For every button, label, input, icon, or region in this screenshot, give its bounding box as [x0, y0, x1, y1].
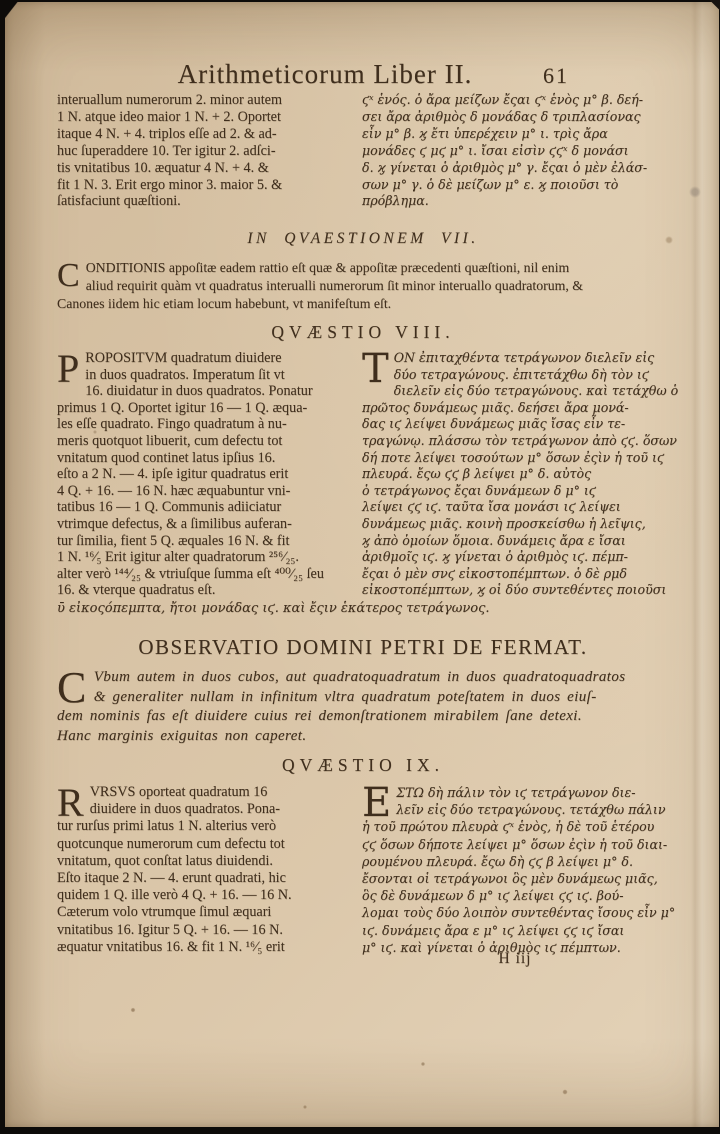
- section-heading-in-quaestionem-vii: IN QVAESTIONEM VII.: [57, 230, 669, 248]
- quaestio8-greek-column: Τ ΟΝ ἐπιταχθέντα τετράγωνον διελεῖν εἰςδ…: [362, 350, 670, 599]
- fermat-observation-lines: Vbum autem in duos cubos, aut quadratoqu…: [57, 668, 671, 746]
- text-line: les eſſe quadrato. Fingo quadratum à nu-: [57, 416, 361, 433]
- text-line: πρῶτος δυνάμεως μιᾶς. δεήσει ἄρα μονά-: [362, 400, 670, 417]
- gathering-signature-mark: H iij: [460, 950, 570, 968]
- text-line: Cæterum volo vtrumque ſimul æquari: [57, 904, 361, 921]
- text-line: 1 N. atque ideo maior 1 N. + 2. Oportet: [57, 109, 360, 126]
- text-line: primus 1 Q. Oportet igitur 16 — 1 Q. æqu…: [57, 400, 361, 417]
- section-heading-observatio-fermat: OBSERVATIO DOMINI PETRI DE FERMAT.: [57, 635, 669, 660]
- text-line: δ. ϗ γίνεται ὁ ἀριθμὸς μ° γ. ἔςαι ὁ μὲν …: [362, 160, 670, 177]
- text-line: διελεῖν εἰς δύο τετραγώνους. καὶ τετάχθω…: [362, 383, 670, 400]
- quaestio8-latin-lines: ROPOSITVM quadratum diuiderein duos quad…: [57, 350, 361, 599]
- text-line: huc ſuperaddere 10. Ter igitur 2. adſci-: [57, 143, 360, 160]
- fermat-observation-paragraph: C Vbum autem in duos cubos, aut quadrato…: [57, 668, 671, 746]
- text-line: ὁ τετράγωνος ἔςαι δυνάμεων δ μ° ιϛ: [362, 483, 670, 500]
- text-line: Canones iidem hic etiam locum habebunt, …: [57, 295, 671, 313]
- text-line: ſatisfaciunt quæſtioni.: [57, 193, 360, 210]
- page-paper: Arithmeticorum Liber II. 61 interuallum …: [5, 2, 719, 1127]
- text-line: fit 1 N. 3. Erit ergo minor 3. maior 5. …: [57, 177, 360, 194]
- text-line: vnitatibus 16. Igitur 5 Q. + 16. — 16 N.: [57, 922, 361, 939]
- quaestio8-overflow-line: ῡ εἰκοςόπεμπτα, ἤτοι μονάδας ιϛ. καὶ ἔςι…: [57, 600, 617, 617]
- text-line: eſto a 2 N. — 4. ipſe igitur quadratus e…: [57, 466, 361, 483]
- text-line: ρουμένου πλευρά. ἔςω δὴ ϛϛ β λείψει μ° δ…: [362, 853, 670, 870]
- text-line: πλευρά. ἔςω ϛϛ β λείψει μ° δ. αὐτὸς: [362, 466, 670, 483]
- text-line: σει ἄρα ἀριθμὸς δ μονάδας δ τριπλασίονας: [362, 109, 670, 126]
- text-line: Eſto itaque 2 N. — 4. erunt quadrati, hi…: [57, 870, 361, 887]
- text-line: ONDITIONIS appoſitæ eadem rattio eſt quæ…: [57, 259, 671, 277]
- quaestio8-latin-column: P ROPOSITVM quadratum diuiderein duos qu…: [57, 350, 361, 599]
- quaestio9-greek-lines: ΣΤΩ δὴ πάλιν τὸν ιϛ τετράγωνον διε-λεῖν …: [362, 784, 670, 956]
- quaestio9-greek-column: Ε ΣΤΩ δὴ πάλιν τὸν ιϛ τετράγωνον διε-λεῖ…: [362, 784, 670, 956]
- running-header-title: Arithmeticorum Liber II.: [135, 59, 515, 90]
- commentary-lines: ONDITIONIS appoſitæ eadem rattio eſt quæ…: [57, 259, 671, 313]
- continuation-latin-column: interuallum numerorum 2. minor autem1 N.…: [57, 92, 360, 210]
- section-heading-quaestio-ix: QVÆSTIO IX.: [57, 755, 669, 776]
- text-line: δας ιϛ λείψει δυνάμεως μιᾶς ἴσας εἶν τε-: [362, 416, 670, 433]
- drop-cap: Ε: [362, 784, 396, 818]
- text-line: 16. & vterque quadratus eſt.: [57, 582, 361, 599]
- drop-cap: R: [57, 784, 90, 818]
- text-line: δυνάμεως μιᾶς. κοινὴ προσκείσθω ἡ λεῖψις…: [362, 516, 670, 533]
- text-line: ὃς δὲ δυνάμεων δ μ° ιϛ λείψει ϛϛ ιϛ. βού…: [362, 887, 670, 904]
- continuation-greek-column: ϛˣ ἑνός. ὁ ἄρα μείζων ἔςαι ϛˣ ἑνὸς μ° β.…: [362, 92, 670, 210]
- text-line: σων μ° γ. ὁ δὲ μείζων μ° ε. ϗ ποιοῦσι τὸ: [362, 177, 670, 194]
- text-line: ἀριθμοῖς ιϛ. ϗ γίνεται ὁ ἀριθμὸς ιϛ. πέμ…: [362, 549, 670, 566]
- text-line: ROPOSITVM quadratum diuidere: [57, 350, 361, 367]
- text-line: & generaliter nullam in infinitum vltra …: [57, 688, 671, 708]
- text-line: VRSVS oporteat quadratum 16: [57, 784, 361, 801]
- drop-cap: C: [57, 259, 86, 295]
- text-line: λεῖν εἰς δύο τετραγώνους. τετάχθω πάλιν: [362, 801, 670, 818]
- text-line: Hanc marginis exiguitas non caperet.: [57, 727, 671, 747]
- text-line: ϛˣ ἑνός. ὁ ἄρα μείζων ἔςαι ϛˣ ἑνὸς μ° β.…: [362, 92, 670, 109]
- text-line: dem nominis fas eſt diuidere cuius rei d…: [57, 707, 671, 727]
- text-line: meris quotquot libuerit, cum defectu tot: [57, 433, 361, 450]
- text-line: λομαι τοὺς δύο λοιπὸν συντεθέντας ἴσους …: [362, 904, 670, 921]
- text-line: 1 N. ¹⁶⁄₅ Erit igitur alter quadratorum …: [57, 549, 361, 566]
- section-heading-quaestio-viii: QVÆSTIO VIII.: [57, 322, 669, 343]
- text-line: ἡ τοῦ πρώτου πλευρὰ ϛˣ ἑνὸς, ἡ δὲ τοῦ ἑτ…: [362, 818, 670, 835]
- drop-cap: P: [57, 350, 85, 384]
- text-line: vnitatum, quot conſtat latus diuidendi.: [57, 853, 361, 870]
- text-line: ΟΝ ἐπιταχθέντα τετράγωνον διελεῖν εἰς: [362, 350, 670, 367]
- text-line: 4 Q. + 16. — 16 N. hæc æquabuntur vni-: [57, 483, 361, 500]
- text-line: εἰκοστοπέμπτων, ϗ οἱ δύο συντεθέντες ποι…: [362, 582, 670, 599]
- quaestio9-latin-lines: VRSVS oporteat quadratum 16diuidere in d…: [57, 784, 361, 956]
- text-line: tatibus 16 — 1 Q. Communis adiiciatur: [57, 499, 361, 516]
- text-line: in duos quadratos. Imperatum ſit vt: [57, 367, 361, 384]
- drop-cap: Τ: [362, 350, 394, 384]
- text-line: τραγώνῳ. πλάσσω τὸν τετράγωνον ἀπὸ ϛϛ. ὅ…: [362, 433, 670, 450]
- text-line: πρόβλημα.: [362, 193, 670, 210]
- text-line: ΣΤΩ δὴ πάλιν τὸν ιϛ τετράγωνον διε-: [362, 784, 670, 801]
- text-line: ϗ ἀπὸ ὁμοίων ὅμοια. δυνάμεις ἄρα ε ἴσαι: [362, 533, 670, 550]
- text-line: δή ποτε λείψει τοσούτων μ° ὅσων ἐςὶν ἡ τ…: [362, 450, 670, 467]
- page-corner-shadow-top-right: [700, 0, 720, 16]
- text-line: æquatur vnitatibus 16. & fit 1 N. ¹⁶⁄₅ e…: [57, 939, 361, 956]
- text-line: 16. diuidatur in duos quadratos. Ponatur: [57, 383, 361, 400]
- page-number: 61: [543, 63, 593, 89]
- text-line: ϛϛ ὅσων δήποτε λείψει μ° ὅσων ἐςὶν ἡ τοῦ…: [362, 836, 670, 853]
- text-line: ιϛ. δυνάμεις ἄρα ε μ° ιϛ λείψει ϛϛ ιϛ ἴσ…: [362, 922, 670, 939]
- book-scan: { "header": { "title": "Arithmeticorum L…: [0, 0, 720, 1134]
- page-corner-shadow-top-left: [0, 0, 28, 34]
- text-line: itaque 4 N. + 4. triplos eſſe ad 2. & ad…: [57, 126, 360, 143]
- text-line: εἶν μ° β. ϗ ἔτι ὑπερέχειν μ° ι. τρὶς ἄρα: [362, 126, 670, 143]
- text-line: alter verò ¹⁴⁴⁄₂₅ & vtriuſque ſumma eſt …: [57, 566, 361, 583]
- text-line: μονάδες ϛ μϛ μ° ι. ἴσαι εἰσὶν ϛϛˣ δ μονά…: [362, 143, 670, 160]
- text-line: ἔςαι ὁ μὲν σνϛ εἰκοστοπέμπτων. ὁ δὲ ρμδ: [362, 566, 670, 583]
- text-line: λείψει ϛϛ ιϛ. ταῦτα ἴσα μονάσι ιϛ λείψει: [362, 499, 670, 516]
- text-line: tis vnitatibus 10. æquatur 4 N. + 4. &: [57, 160, 360, 177]
- quaestio8-greek-lines: ΟΝ ἐπιταχθέντα τετράγωνον διελεῖν εἰςδύο…: [362, 350, 670, 599]
- text-line: vnitatum quod continet latus ipſius 16.: [57, 450, 361, 467]
- text-line: aliud requirit quàm vt quadratus interua…: [57, 277, 671, 295]
- text-line: quotcunque numerorum cum defectu tot: [57, 836, 361, 853]
- text-line: ἔσονται οἱ τετράγωνοι ὃς μὲν δυνάμεως μι…: [362, 870, 670, 887]
- text-line: quidem 1 Q. ille verò 4 Q. + 16. — 16 N.: [57, 887, 361, 904]
- text-line: tur ſimilia, fient 5 Q. æquales 16 N. & …: [57, 533, 361, 550]
- text-line: interuallum numerorum 2. minor autem: [57, 92, 360, 109]
- text-line: diuidere in duos quadratos. Pona-: [57, 801, 361, 818]
- text-line: Vbum autem in duos cubos, aut quadratoqu…: [57, 668, 671, 688]
- text-line: δύο τετραγώνους. ἐπιτετάχθω δὴ τὸν ιϛ: [362, 367, 670, 384]
- quaestio9-latin-column: R VRSVS oporteat quadratum 16diuidere in…: [57, 784, 361, 956]
- text-line: vtrimque defectus, & a ſimilibus auferan…: [57, 516, 361, 533]
- text-line: tur rurſus primi latus 1 N. alterius ver…: [57, 818, 361, 835]
- commentary-paragraph: C ONDITIONIS appoſitæ eadem rattio eſt q…: [57, 259, 671, 313]
- drop-cap: C: [57, 668, 94, 707]
